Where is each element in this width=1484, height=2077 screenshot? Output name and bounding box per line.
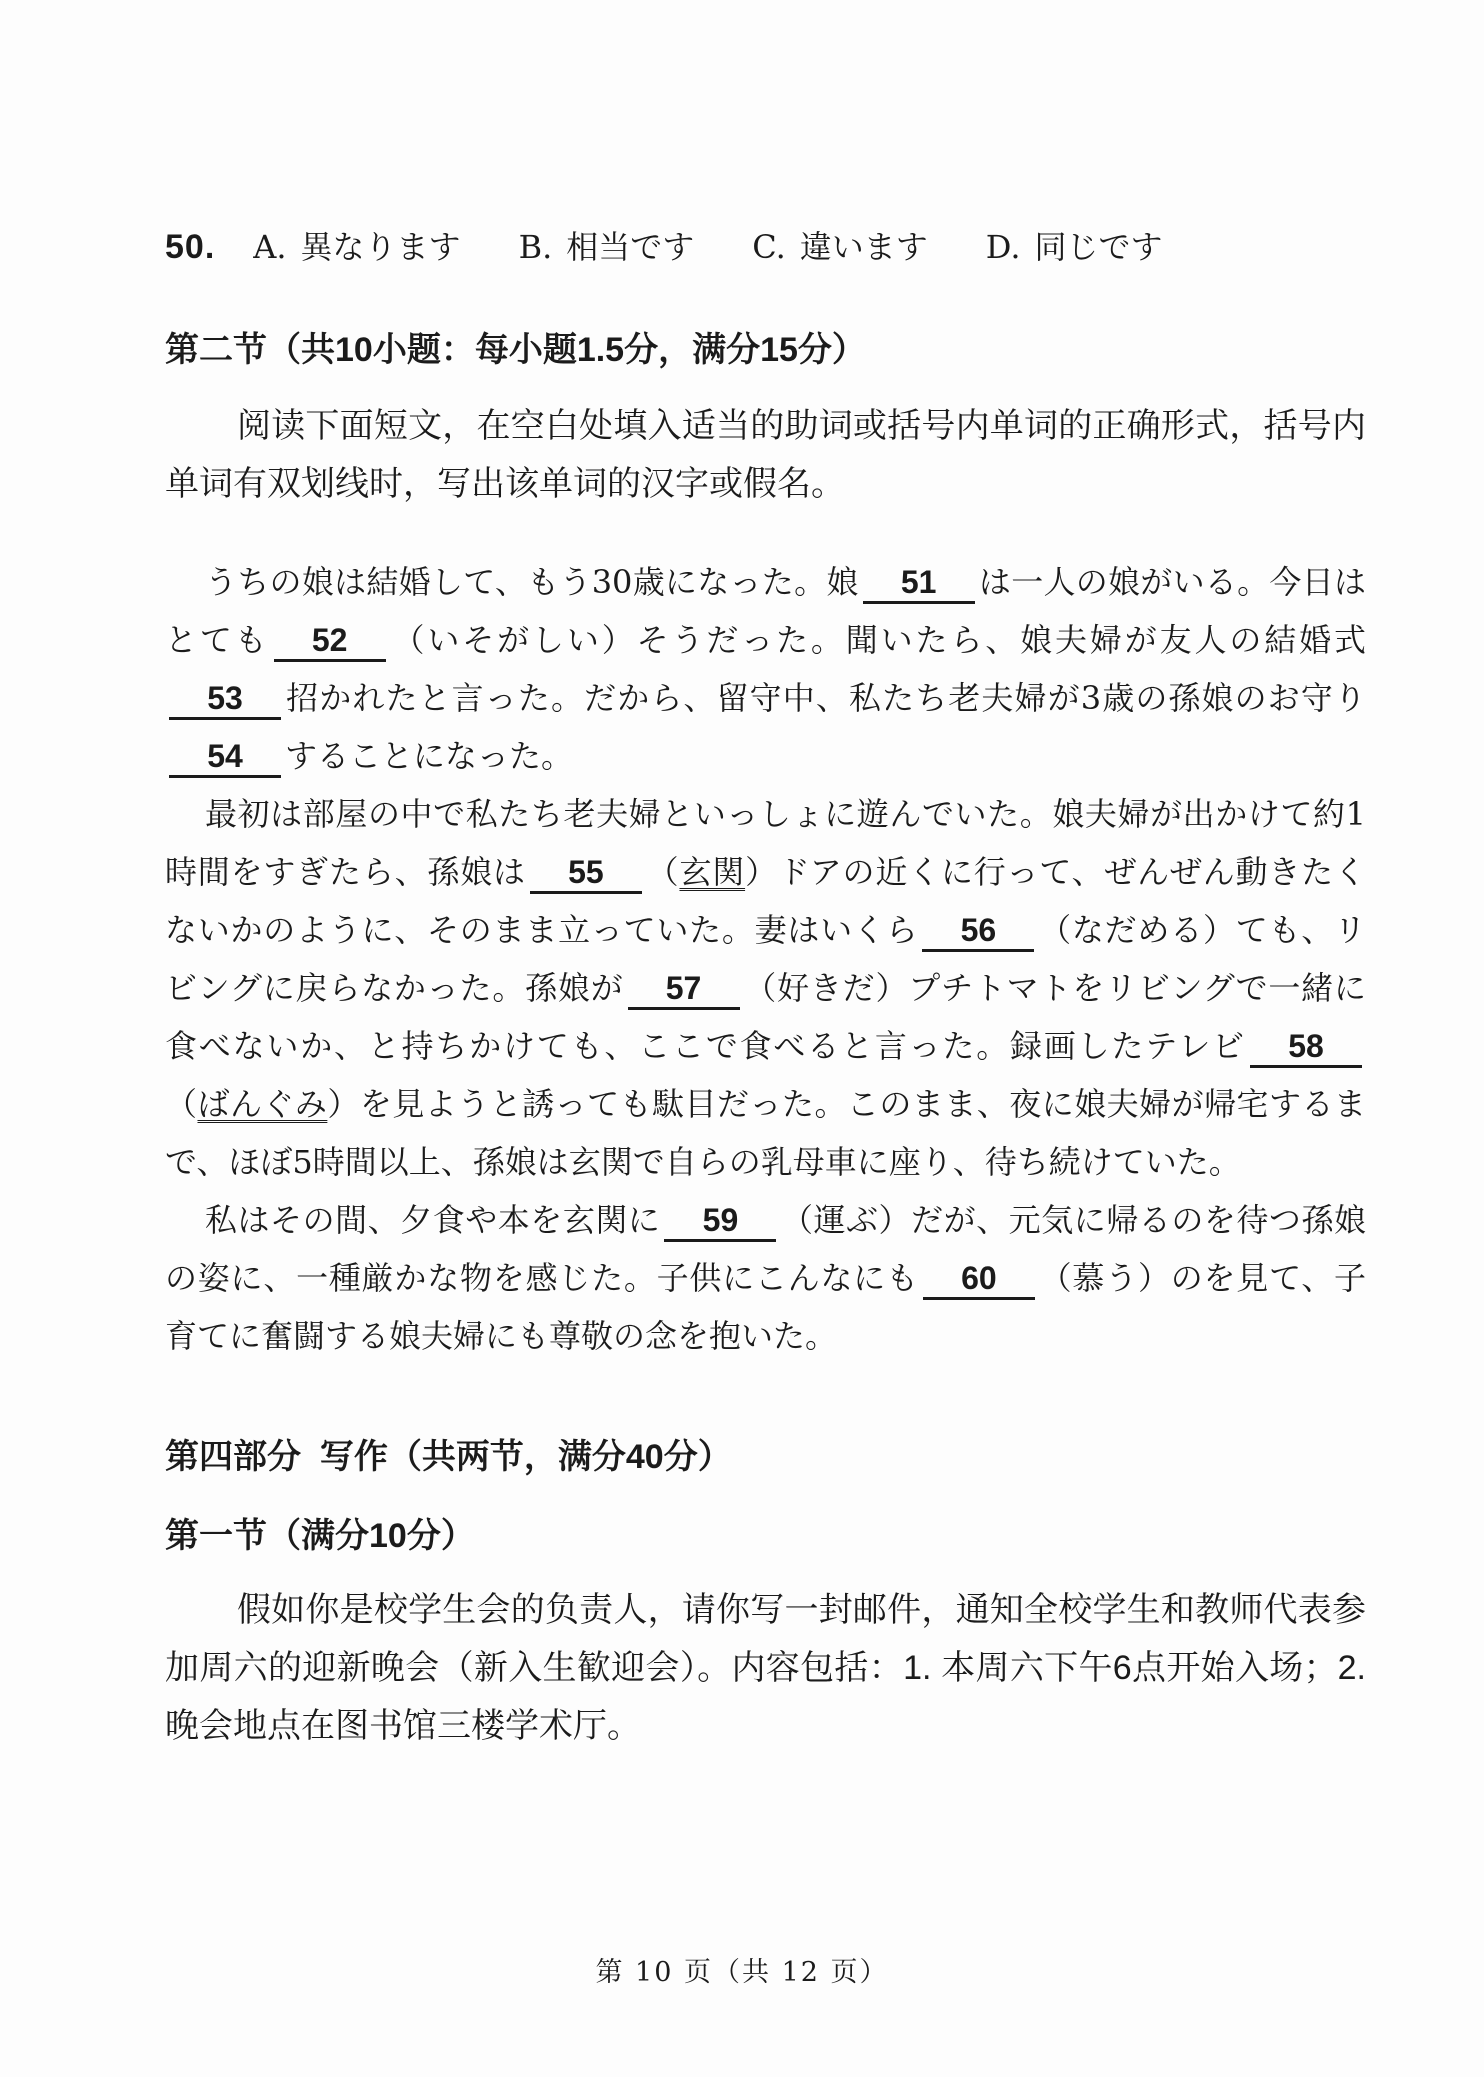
- section-2-instructions: 阅读下面短文，在空白处填入适当的助词或括号内单词的正确形式，括号内单词有双划线时…: [165, 397, 1366, 513]
- passage-text: うちの娘は結婚して、もう30歳になった。娘: [205, 563, 859, 601]
- passage-text: （いそがしい）そうだった。聞いたら、娘夫婦が友人の結婚式: [390, 621, 1366, 659]
- option-c-text: 違います: [800, 228, 928, 266]
- option-d: D.同じです: [986, 222, 1163, 268]
- passage-text: （: [165, 1085, 197, 1123]
- blank-59: 59: [664, 1201, 776, 1242]
- page-footer: 第 10 页（共 12 页）: [0, 1950, 1484, 1989]
- section-4-heading: 第四部分 写作（共两节，满分40分）: [165, 1429, 1366, 1478]
- blank-52: 52: [274, 621, 386, 662]
- option-d-label: D.: [986, 228, 1021, 266]
- option-c: C.違います: [752, 222, 928, 268]
- blank-54: 54: [169, 737, 281, 778]
- passage-text: （: [646, 853, 680, 891]
- question-50-row: 50. A.異なります B.相当です C.違います D.同じです: [165, 222, 1366, 268]
- double-underlined-word-genkan: 玄関: [679, 853, 745, 891]
- passage-text: 招かれたと言った。だから、留守中、私たち老夫婦が3歳の孫娘のお守り: [285, 679, 1366, 717]
- exam-page: 50. A.異なります B.相当です C.違います D.同じです 第二节（共10…: [0, 0, 1484, 2077]
- blank-56: 56: [922, 911, 1034, 952]
- option-b: B.相当です: [519, 222, 695, 268]
- option-a: A.異なります: [253, 222, 460, 268]
- question-number: 50.: [165, 228, 215, 267]
- double-underlined-word-bangumi: ばんぐみ: [197, 1085, 327, 1123]
- option-c-label: C.: [752, 228, 786, 266]
- option-d-text: 同じです: [1034, 228, 1162, 266]
- blank-55: 55: [530, 853, 642, 894]
- option-a-text: 異なります: [301, 228, 461, 266]
- passage-text: 私はその間、夕食や本を玄関に: [205, 1201, 660, 1239]
- section-2-heading: 第二节（共10小题：每小题1.5分，满分15分）: [165, 322, 1366, 371]
- option-a-label: A.: [253, 228, 286, 266]
- blank-58: 58: [1250, 1027, 1362, 1068]
- option-b-label: B.: [519, 228, 553, 266]
- passage-paragraph-3: 私はその間、夕食や本を玄関に59（運ぶ）だが、元気に帰るのを待つ孫娘の姿に、一種…: [165, 1191, 1366, 1365]
- cloze-passage: うちの娘は結婚して、もう30歳になった。娘51は一人の娘がいる。今日はとても52…: [165, 553, 1366, 1365]
- blank-60: 60: [923, 1259, 1035, 1300]
- option-b-text: 相当です: [566, 228, 694, 266]
- passage-paragraph-2: 最初は部屋の中で私たち老夫婦といっしょに遊んでいた。娘夫婦が出かけて約1時間をす…: [165, 785, 1366, 1191]
- blank-51: 51: [863, 563, 975, 604]
- passage-text: ）を見ようと誘っても駄目だった。このまま、夜に娘夫婦が帰宅するまで、ほぼ5時間以…: [165, 1085, 1366, 1181]
- passage-paragraph-1: うちの娘は結婚して、もう30歳になった。娘51は一人の娘がいる。今日はとても52…: [165, 553, 1366, 785]
- writing-task: 假如你是校学生会的负责人，请你写一封邮件，通知全校学生和教师代表参加周六的迎新晚…: [165, 1581, 1366, 1755]
- passage-text: することになった。: [285, 737, 573, 775]
- blank-53: 53: [169, 679, 281, 720]
- section-4-part-1-heading: 第一节（满分10分）: [165, 1508, 1366, 1557]
- blank-57: 57: [628, 969, 740, 1010]
